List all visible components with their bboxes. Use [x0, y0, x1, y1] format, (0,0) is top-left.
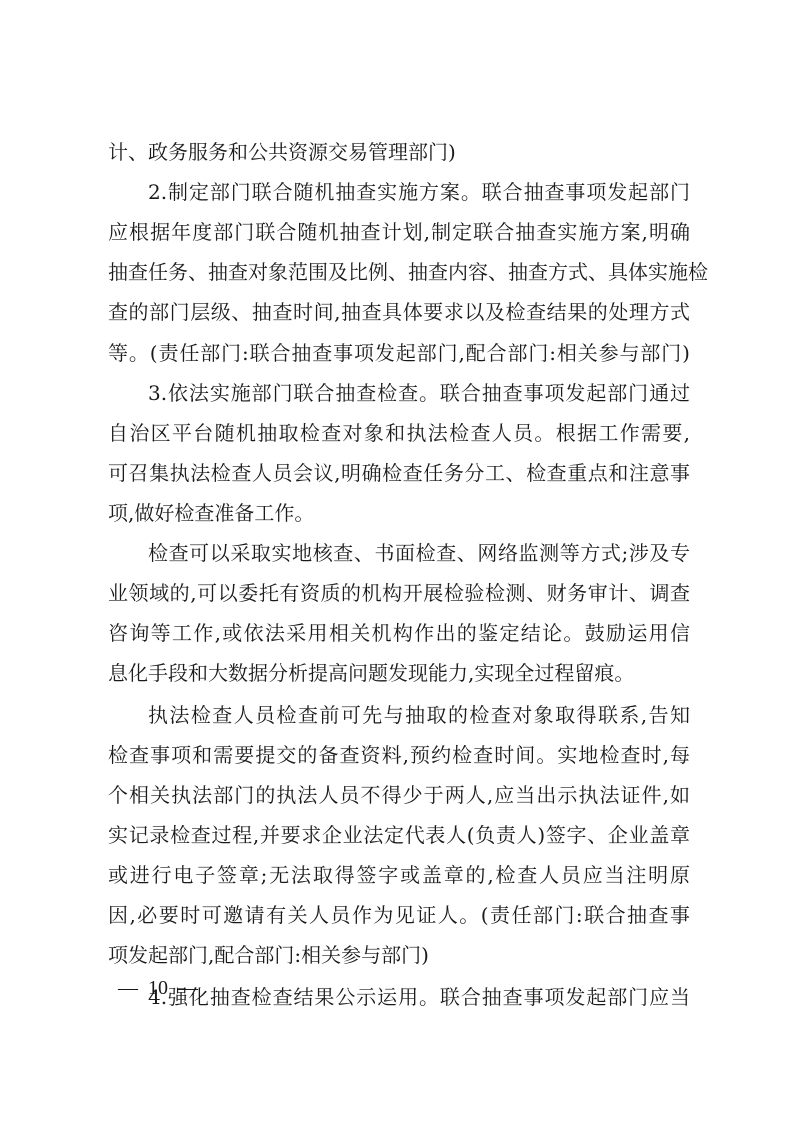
paragraph-line: 因,必要时可邀请有关人员作为见证人。(责任部门:联合抽查事 — [108, 900, 690, 930]
paragraph-line: 项发起部门,配合部门:相关参与部门) — [108, 940, 690, 970]
paragraph-line: 查的部门层级、抽查时间,抽查具体要求以及检查结果的处理方式 — [108, 297, 690, 327]
paragraph-line: 检查事项和需要提交的备查资料,预约检查时间。实地检查时,每 — [108, 740, 690, 770]
paragraph-line: 抽查任务、抽查对象范围及比例、抽查内容、抽查方式、具体实施检 — [108, 257, 690, 287]
paragraph-line: 个相关执法部门的执法人员不得少于两人,应当出示执法证件,如 — [108, 780, 690, 810]
page-number: — 10 — — [118, 975, 198, 1001]
paragraph-line: 计、政务服务和公共资源交易管理部门) — [108, 137, 690, 167]
paragraph-first-line: 4.强化抽查检查结果公示运用。联合抽查事项发起部门应当 — [148, 982, 690, 1012]
paragraph-line: 息化手段和大数据分析提高问题发现能力,实现全过程留痕。 — [108, 658, 690, 688]
paragraph-line: 等。(责任部门:联合抽查事项发起部门,配合部门:相关参与部门) — [108, 338, 690, 368]
document-page: 计、政务服务和公共资源交易管理部门)2.制定部门联合随机抽查实施方案。联合抽查事… — [0, 0, 793, 1122]
paragraph-line: 项,做好检查准备工作。 — [108, 498, 690, 528]
paragraph-first-line: 3.依法实施部门联合抽查检查。联合抽查事项发起部门通过 — [148, 378, 690, 408]
paragraph-first-line: 检查可以采取实地核查、书面检查、网络监测等方式;涉及专 — [148, 538, 690, 568]
paragraph-line: 咨询等工作,或依法采用相关机构作出的鉴定结论。鼓励运用信 — [108, 618, 690, 648]
paragraph-line: 可召集执法检查人员会议,明确检查任务分工、检查重点和注意事 — [108, 458, 690, 488]
paragraph-line: 实记录检查过程,并要求企业法定代表人(负责人)签字、企业盖章 — [108, 820, 690, 850]
paragraph-line: 应根据年度部门联合随机抽查计划,制定联合抽查实施方案,明确 — [108, 217, 690, 247]
paragraph-line: 或进行电子签章;无法取得签字或盖章的,检查人员应当注明原 — [108, 860, 690, 890]
paragraph-line: 自治区平台随机抽取检查对象和执法检查人员。根据工作需要, — [108, 418, 690, 448]
paragraph-line: 业领域的,可以委托有资质的机构开展检验检测、财务审计、调查 — [108, 578, 690, 608]
paragraph-first-line: 2.制定部门联合随机抽查实施方案。联合抽查事项发起部门 — [148, 177, 690, 207]
paragraph-first-line: 执法检查人员检查前可先与抽取的检查对象取得联系,告知 — [148, 700, 690, 730]
